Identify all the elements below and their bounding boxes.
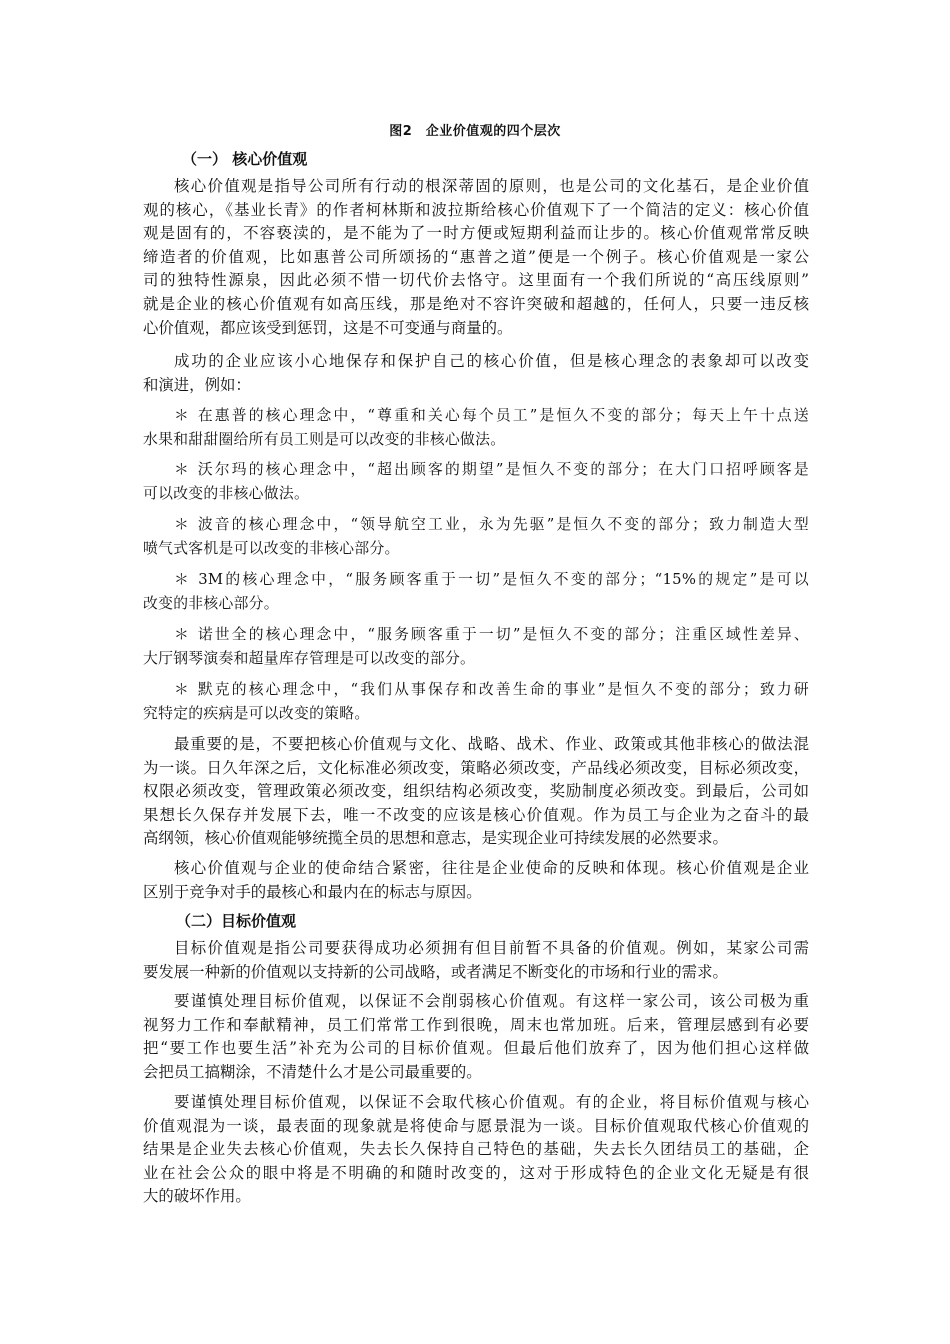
text-line: 要谨慎处理目标价值观，以保证不会取代核心价值观。有的企业，将目标价值观与核心 [143,1091,809,1115]
text-line: 心价值观，都应该受到惩罚，这是不可变通与商量的。 [143,317,809,341]
text-line: 果想长久保存并发展下去，唯一不改变的应该是核心价值观。作为员工与企业为之奋斗的最 [143,804,809,828]
paragraph-core-definition: 核心价值观是指导公司所有行动的根深蒂固的原则，也是公司的文化基石，是企业价值 观… [143,175,809,340]
text-line: 结果是企业失去核心价值观，失去长久保持自己特色的基础，失去长久团结员工的基础，企 [143,1138,809,1162]
text-line: 最重要的是，不要把核心价值观与文化、战略、战术、作业、政策或其他非核心的做法混 [143,733,809,757]
paragraph-mission-link: 核心价值观与企业的使命结合紧密，往往是企业使命的反映和体现。核心价值观是企业 区… [143,857,809,904]
paragraph-preserve-core: 成功的企业应该小心地保存和保护自己的核心价值，但是核心理念的表象却可以改变 和演… [143,350,809,397]
text-line: ＊ 在惠普的核心理念中，“尊重和关心每个员工”是恒久不变的部分；每天上午十点送 [143,404,809,428]
bullet-item-merck: ＊ 默克的核心理念中，“我们从事保存和改善生命的事业”是恒久不变的部分；致力研 … [143,678,809,725]
text-line: 水果和甜甜圈给所有员工则是可以改变的非核心做法。 [143,428,809,452]
bullet-item-walmart: ＊ 沃尔玛的核心理念中，“超出顾客的期望”是恒久不变的部分；在大门口招呼顾客是 … [143,458,809,505]
text-line: 和演进，例如： [143,374,809,398]
text-line: 可以改变的非核心做法。 [143,482,809,506]
paragraph-target-not-weaken: 要谨慎处理目标价值观，以保证不会削弱核心价值观。有这样一家公司，该公司极为重 视… [143,990,809,1084]
text-line: 核心价值观与企业的使命结合紧密，往往是企业使命的反映和体现。核心价值观是企业 [143,857,809,881]
text-line: 权限必须改变，管理政策必须改变，组织结构必须改变，奖励制度必须改变。到最后，公司… [143,780,809,804]
text-line: 要谨慎处理目标价值观，以保证不会削弱核心价值观。有这样一家公司，该公司极为重 [143,990,809,1014]
text-line: 要发展一种新的价值观以支持新的公司战略，或者满足不断变化的市场和行业的需求。 [143,961,809,985]
figure-caption: 图2 企业价值观的四个层次 [0,120,950,139]
text-line: 缔造者的价值观，比如惠普公司所颂扬的“惠普之道”便是一个例子。核心价值观是一家公 [143,246,809,270]
text-line: 会把员工搞糊涂，不清楚什么才是公司最重要的。 [143,1061,809,1085]
document-page: 图2 企业价值观的四个层次 （一） 核心价值观 核心价值观是指导公司所有行动的根… [0,0,950,1344]
text-line: 观的核心，《基业长青》的作者柯林斯和波拉斯给核心价值观下了一个简洁的定义：核心价… [143,199,809,223]
section-heading-target-values: （二）目标价值观 [176,910,296,931]
text-line: ＊ 波音的核心理念中，“领导航空工业，永为先驱”是恒久不变的部分；致力制造大型 [143,513,809,537]
text-line: 观是固有的，不容亵渎的，是不能为了一时方便或短期利益而让步的。核心价值观常常反映 [143,222,809,246]
text-line: 就是企业的核心价值观有如高压线，那是绝对不容许突破和超越的，任何人，只要一违反核 [143,293,809,317]
text-line: 大厅钢琴演奏和超量库存管理是可以改变的部分。 [143,647,809,671]
text-line: 大的破坏作用。 [143,1185,809,1209]
bullet-item-hp: ＊ 在惠普的核心理念中，“尊重和关心每个员工”是恒久不变的部分；每天上午十点送 … [143,404,809,451]
text-line: 为一谈。日久年深之后，文化标准必须改变，策略必须改变，产品线必须改变，目标必须改… [143,757,809,781]
text-line: 视努力工作和奉献精神，员工们常常工作到很晚，周末也常加班。后来，管理层感到有必要 [143,1014,809,1038]
bullet-item-nordstrom: ＊ 诺世全的核心理念中，“服务顾客重于一切”是恒久不变的部分；注重区域性差异、 … [143,623,809,670]
text-line: 价值观混为一谈，最表面的现象就是将使命与愿景混为一谈。目标价值观取代核心价值观的 [143,1115,809,1139]
text-line: 把“要工作也要生活”补充为公司的目标价值观。但最后他们放弃了，因为他们担心这样做 [143,1037,809,1061]
text-line: ＊ 诺世全的核心理念中，“服务顾客重于一切”是恒久不变的部分；注重区域性差异、 [143,623,809,647]
text-line: ＊ 默克的核心理念中，“我们从事保存和改善生命的事业”是恒久不变的部分；致力研 [143,678,809,702]
text-line: 究特定的疾病是可以改变的策略。 [143,702,809,726]
section-heading-core-values: （一） 核心价值观 [182,148,307,169]
text-line: 改变的非核心部分。 [143,592,809,616]
text-line: ＊ 沃尔玛的核心理念中，“超出顾客的期望”是恒久不变的部分；在大门口招呼顾客是 [143,458,809,482]
bullet-item-boeing: ＊ 波音的核心理念中，“领导航空工业，永为先驱”是恒久不变的部分；致力制造大型 … [143,513,809,560]
text-line: 业在社会公众的眼中将是不明确的和随时改变的，这对于形成特色的企业文化无疑是有很 [143,1162,809,1186]
paragraph-most-important: 最重要的是，不要把核心价值观与文化、战略、战术、作业、政策或其他非核心的做法混 … [143,733,809,851]
text-line: 核心价值观是指导公司所有行动的根深蒂固的原则，也是公司的文化基石，是企业价值 [143,175,809,199]
text-line: 高纲领，核心价值观能够统揽全员的思想和意志，是实现企业可持续发展的必然要求。 [143,827,809,851]
paragraph-target-not-replace: 要谨慎处理目标价值观，以保证不会取代核心价值观。有的企业，将目标价值观与核心 价… [143,1091,809,1209]
text-line: 喷气式客机是可以改变的非核心部分。 [143,537,809,561]
text-line: 成功的企业应该小心地保存和保护自己的核心价值，但是核心理念的表象却可以改变 [143,350,809,374]
paragraph-target-definition: 目标价值观是指公司要获得成功必须拥有但目前暂不具备的价值观。例如，某家公司需 要… [143,937,809,984]
text-line: 司的独特性源泉，因此必须不惜一切代价去恪守。这里面有一个我们所说的“高压线原则” [143,269,809,293]
bullet-item-3m: ＊ 3M的核心理念中，“服务顾客重于一切”是恒久不变的部分；“15%的规定”是可… [143,568,809,615]
text-line: 目标价值观是指公司要获得成功必须拥有但目前暂不具备的价值观。例如，某家公司需 [143,937,809,961]
text-line: ＊ 3M的核心理念中，“服务顾客重于一切”是恒久不变的部分；“15%的规定”是可… [143,568,809,592]
text-line: 区别于竞争对手的最核心和最内在的标志与原因。 [143,881,809,905]
